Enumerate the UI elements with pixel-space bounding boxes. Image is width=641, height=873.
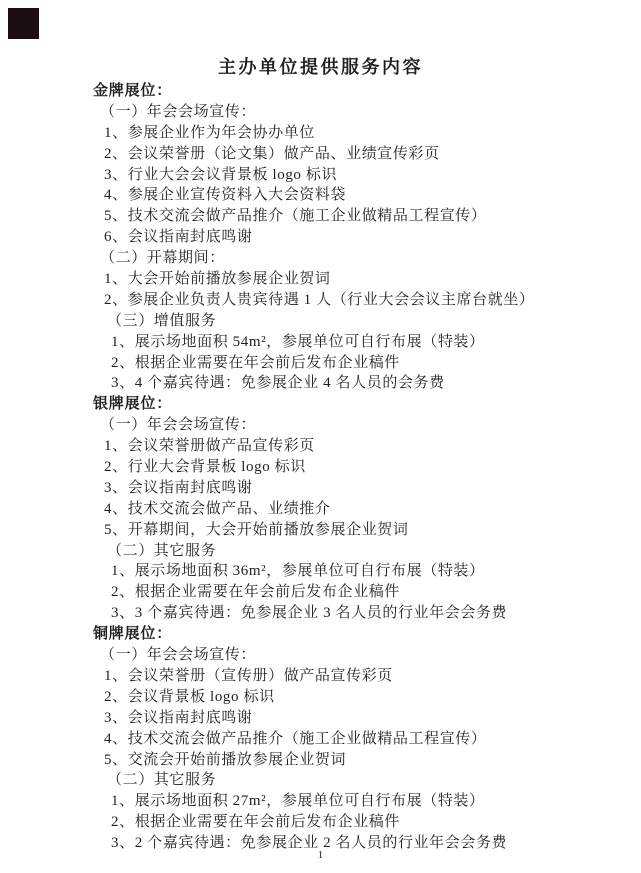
service-line: （二）其它服务 (0, 541, 641, 562)
service-line: 2、根据企业需要在年会前后发布企业稿件 (0, 812, 641, 833)
page-number: 1 (0, 848, 641, 862)
scan-artifact-square (8, 8, 39, 39)
service-line: （一）年会会场宣传： (0, 102, 641, 123)
tier-heading-silver: 银牌展位： (0, 394, 641, 415)
service-line: 5、交流会开始前播放参展企业贺词 (0, 750, 641, 771)
service-line: （一）年会会场宣传： (0, 415, 641, 436)
service-line: 5、开幕期间，大会开始前播放参展企业贺词 (0, 520, 641, 541)
service-line: （二）开幕期间： (0, 248, 641, 269)
service-line: 5、技术交流会做产品推介（施工企业做精品工程宣传） (0, 206, 641, 227)
service-line: 2、会议背景板 logo 标识 (0, 687, 641, 708)
service-line: 2、行业大会背景板 logo 标识 (0, 457, 641, 478)
service-line: 1、会议荣誉册做产品宣传彩页 (0, 436, 641, 457)
service-line: 1、会议荣誉册（宣传册）做产品宣传彩页 (0, 666, 641, 687)
document-title: 主办单位提供服务内容 (0, 55, 641, 79)
document-page: 主办单位提供服务内容 金牌展位： （一）年会会场宣传： 1、参展企业作为年会协办… (0, 0, 641, 873)
service-line: 3、会议指南封底鸣谢 (0, 478, 641, 499)
service-line: 2、根据企业需要在年会前后发布企业稿件 (0, 582, 641, 603)
service-line: 4、技术交流会做产品推介（施工企业做精品工程宣传） (0, 729, 641, 750)
service-line: 1、展示场地面积 54m²，参展单位可自行布展（特装） (0, 332, 641, 353)
tier-heading-bronze: 铜牌展位： (0, 624, 641, 645)
service-line: 1、展示场地面积 36m²，参展单位可自行布展（特装） (0, 561, 641, 582)
service-line: 3、行业大会会议背景板 logo 标识 (0, 165, 641, 186)
service-line: 2、根据企业需要在年会前后发布企业稿件 (0, 353, 641, 374)
service-line: 4、技术交流会做产品、业绩推介 (0, 499, 641, 520)
service-line: 4、参展企业宣传资料入大会资料袋 (0, 185, 641, 206)
service-line: 1、展示场地面积 27m²，参展单位可自行布展（特装） (0, 791, 641, 812)
service-line: （三）增值服务 (0, 311, 641, 332)
service-line: 1、大会开始前播放参展企业贺词 (0, 269, 641, 290)
service-line: 3、3 个嘉宾待遇：免参展企业 3 名人员的行业年会会务费 (0, 603, 641, 624)
tier-heading-gold: 金牌展位： (0, 81, 641, 102)
service-line: 2、会议荣誉册（论文集）做产品、业绩宣传彩页 (0, 144, 641, 165)
service-line: （二）其它服务 (0, 770, 641, 791)
service-line: 6、会议指南封底鸣谢 (0, 227, 641, 248)
service-line: （一）年会会场宣传： (0, 645, 641, 666)
service-line: 1、参展企业作为年会协办单位 (0, 123, 641, 144)
service-line: 3、4 个嘉宾待遇：免参展企业 4 名人员的会务费 (0, 373, 641, 394)
service-line: 3、会议指南封底鸣谢 (0, 708, 641, 729)
service-line: 2、参展企业负责人贵宾待遇 1 人（行业大会会议主席台就坐） (0, 290, 641, 311)
document-body: 金牌展位： （一）年会会场宣传： 1、参展企业作为年会协办单位 2、会议荣誉册（… (0, 81, 641, 854)
